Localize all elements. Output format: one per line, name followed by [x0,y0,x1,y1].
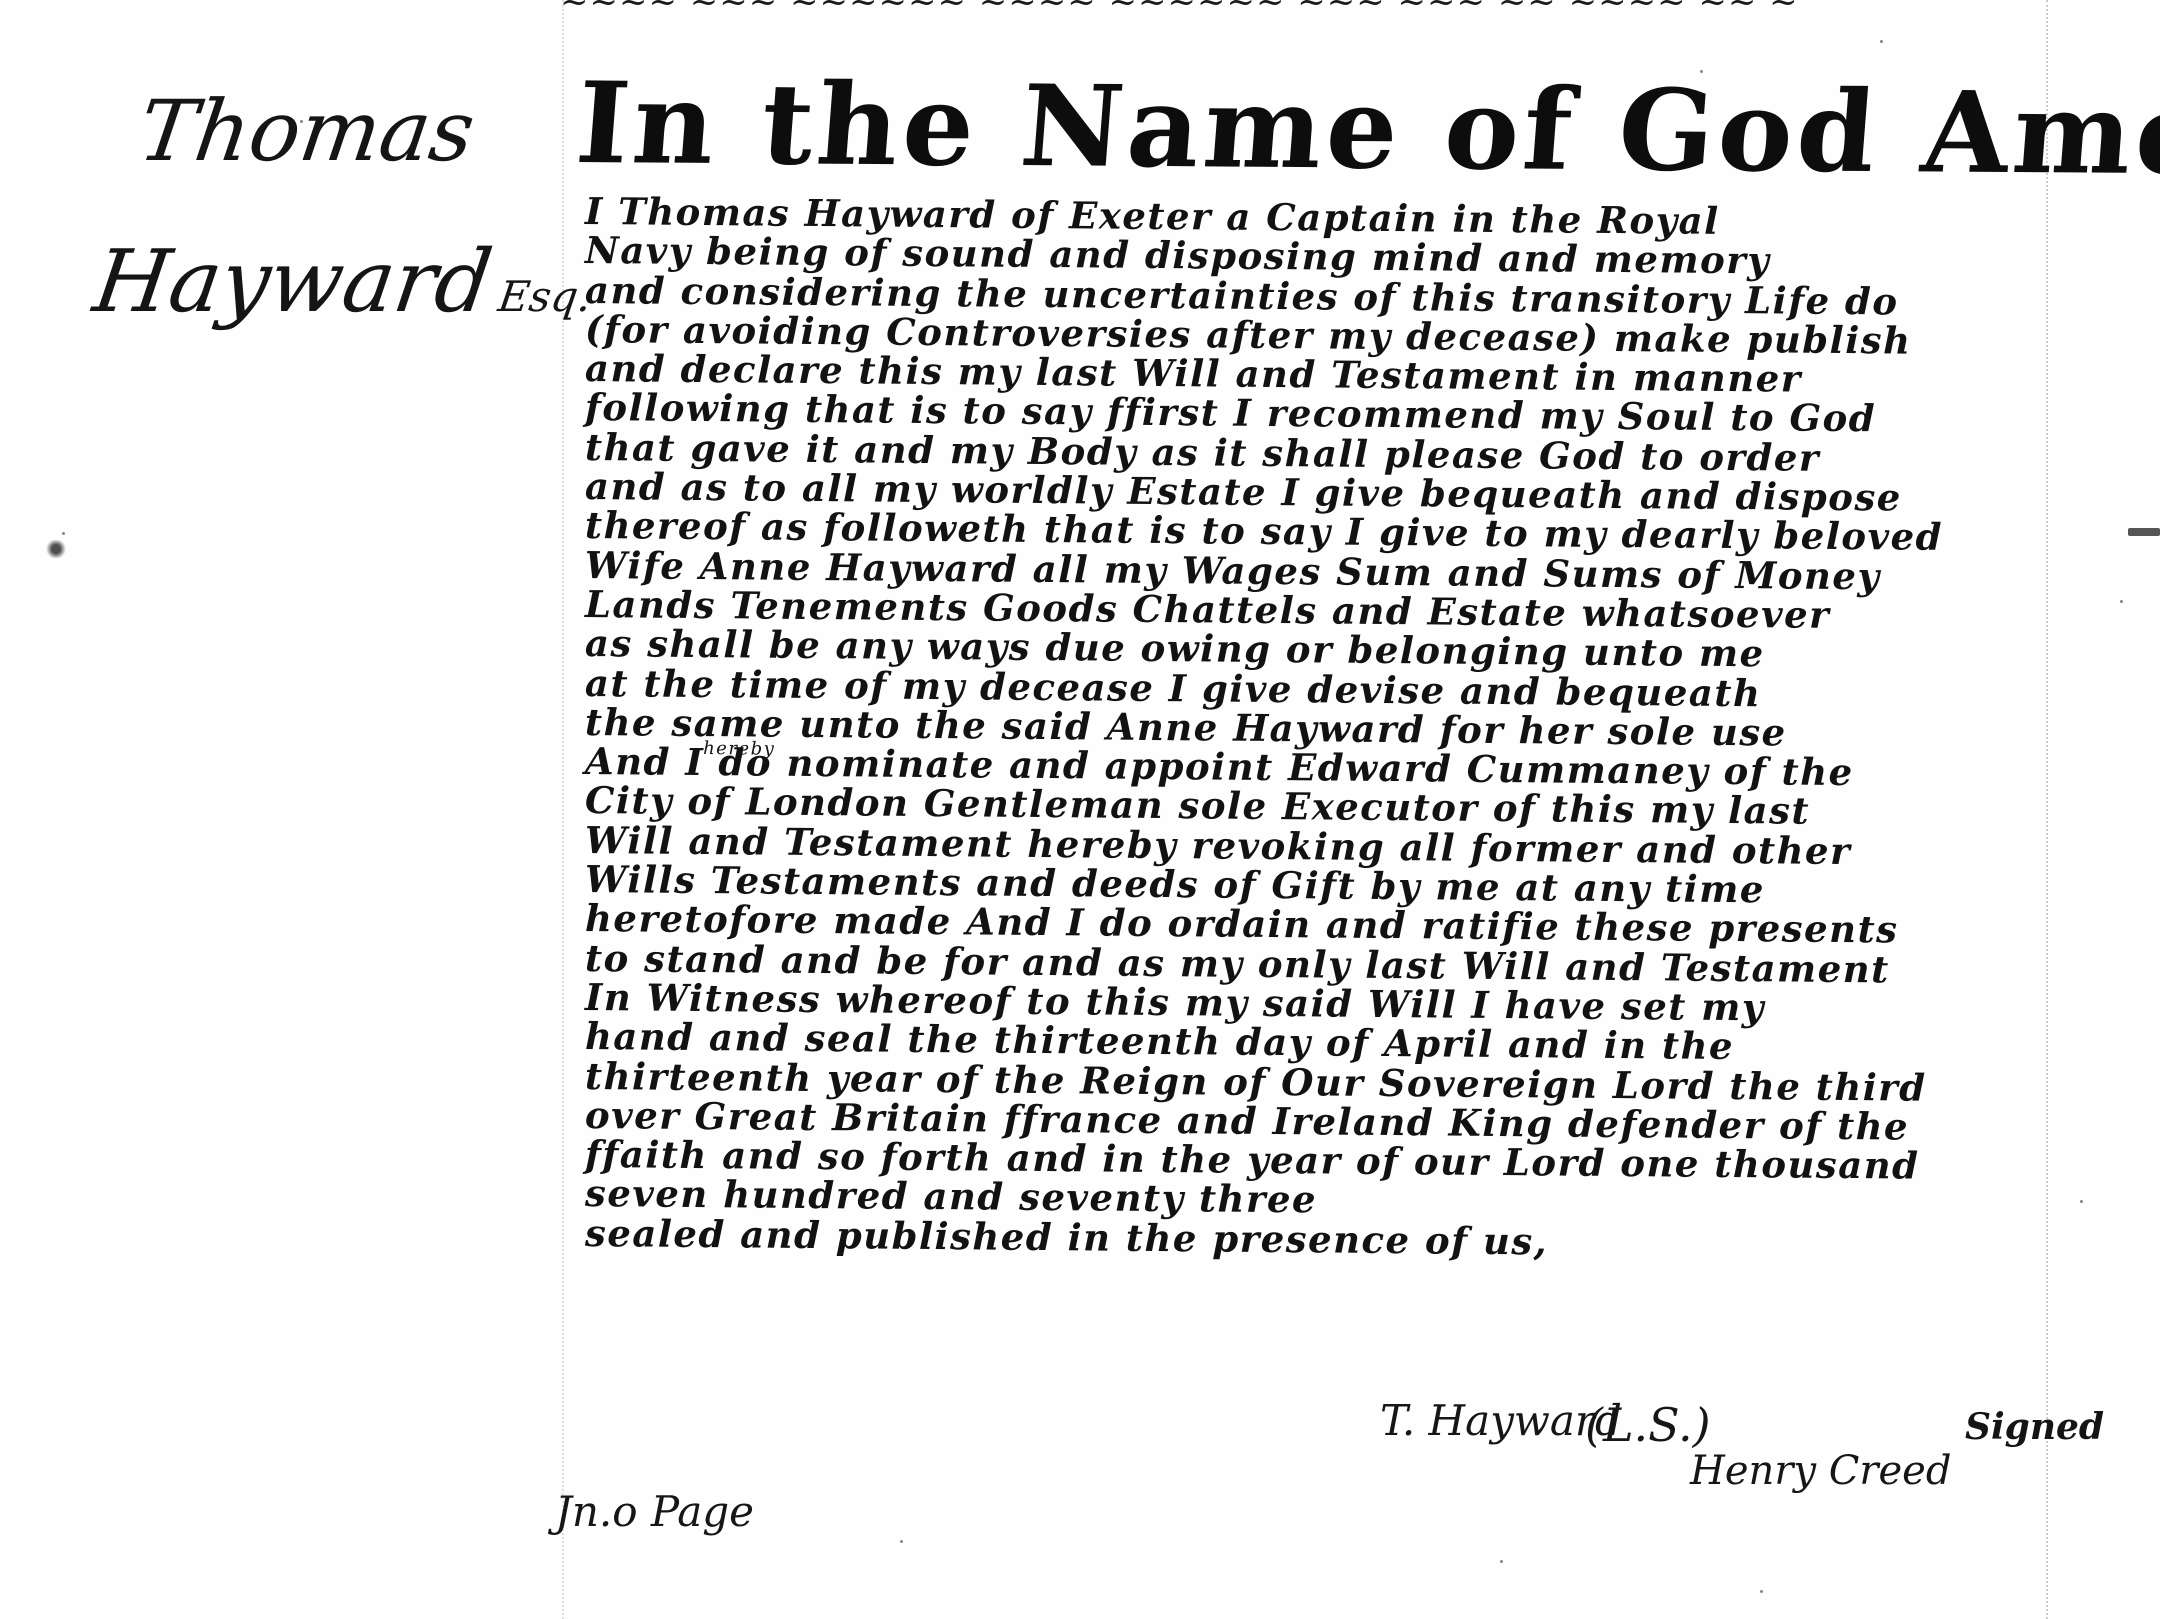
scan-speckle [1880,40,1883,43]
cut-off-top-line: ~~~~ ~~~ ~~~~~~ ~~~~ ~~~~~~ ~~~ ~~~ ~~ ~… [560,0,1799,22]
scan-speckle [2120,600,2123,603]
interlineation-hereby: hereby [703,729,776,769]
margin-esquire-suffix: Esq. [495,272,594,321]
margin-surname-text: Hayward [88,232,498,332]
top-fragment-text: ~~~~ ~~~ ~~~~~~ ~~~~ ~~~~~~ ~~~ ~~~ ~~ ~… [560,0,1799,22]
scanned-document-page: ~~~~ ~~~ ~~~~~~ ~~~~ ~~~~~~ ~~~ ~~~ ~~ ~… [0,0,2160,1619]
margin-name-surname: HaywardEsq. [88,232,600,332]
will-body-text: I Thomas Hayward of Exeter a Captain in … [585,192,2035,1253]
witness-signature-creed: Henry Creed [1690,1448,1951,1494]
witness-signature-page: Jn.o Page [555,1487,754,1536]
scan-speckle [900,1540,903,1543]
scan-speckle [1760,1590,1763,1593]
signed-label: Signed [1965,1406,2104,1448]
right-margin-rule [2046,0,2048,1619]
scan-speckle [1700,70,1703,73]
seal-mark-icon: (L.S.) [1585,1398,1711,1452]
scan-speckle [1500,1560,1503,1563]
scan-speckle [2080,1200,2083,1203]
scan-speckle [300,120,303,123]
document-heading: In the Name of God Amen [572,58,2160,201]
margin-name-first: Thomas [133,82,480,180]
ink-smudge-left [45,540,67,558]
scan-speckle [62,532,65,535]
ink-smudge-right [2128,528,2160,536]
